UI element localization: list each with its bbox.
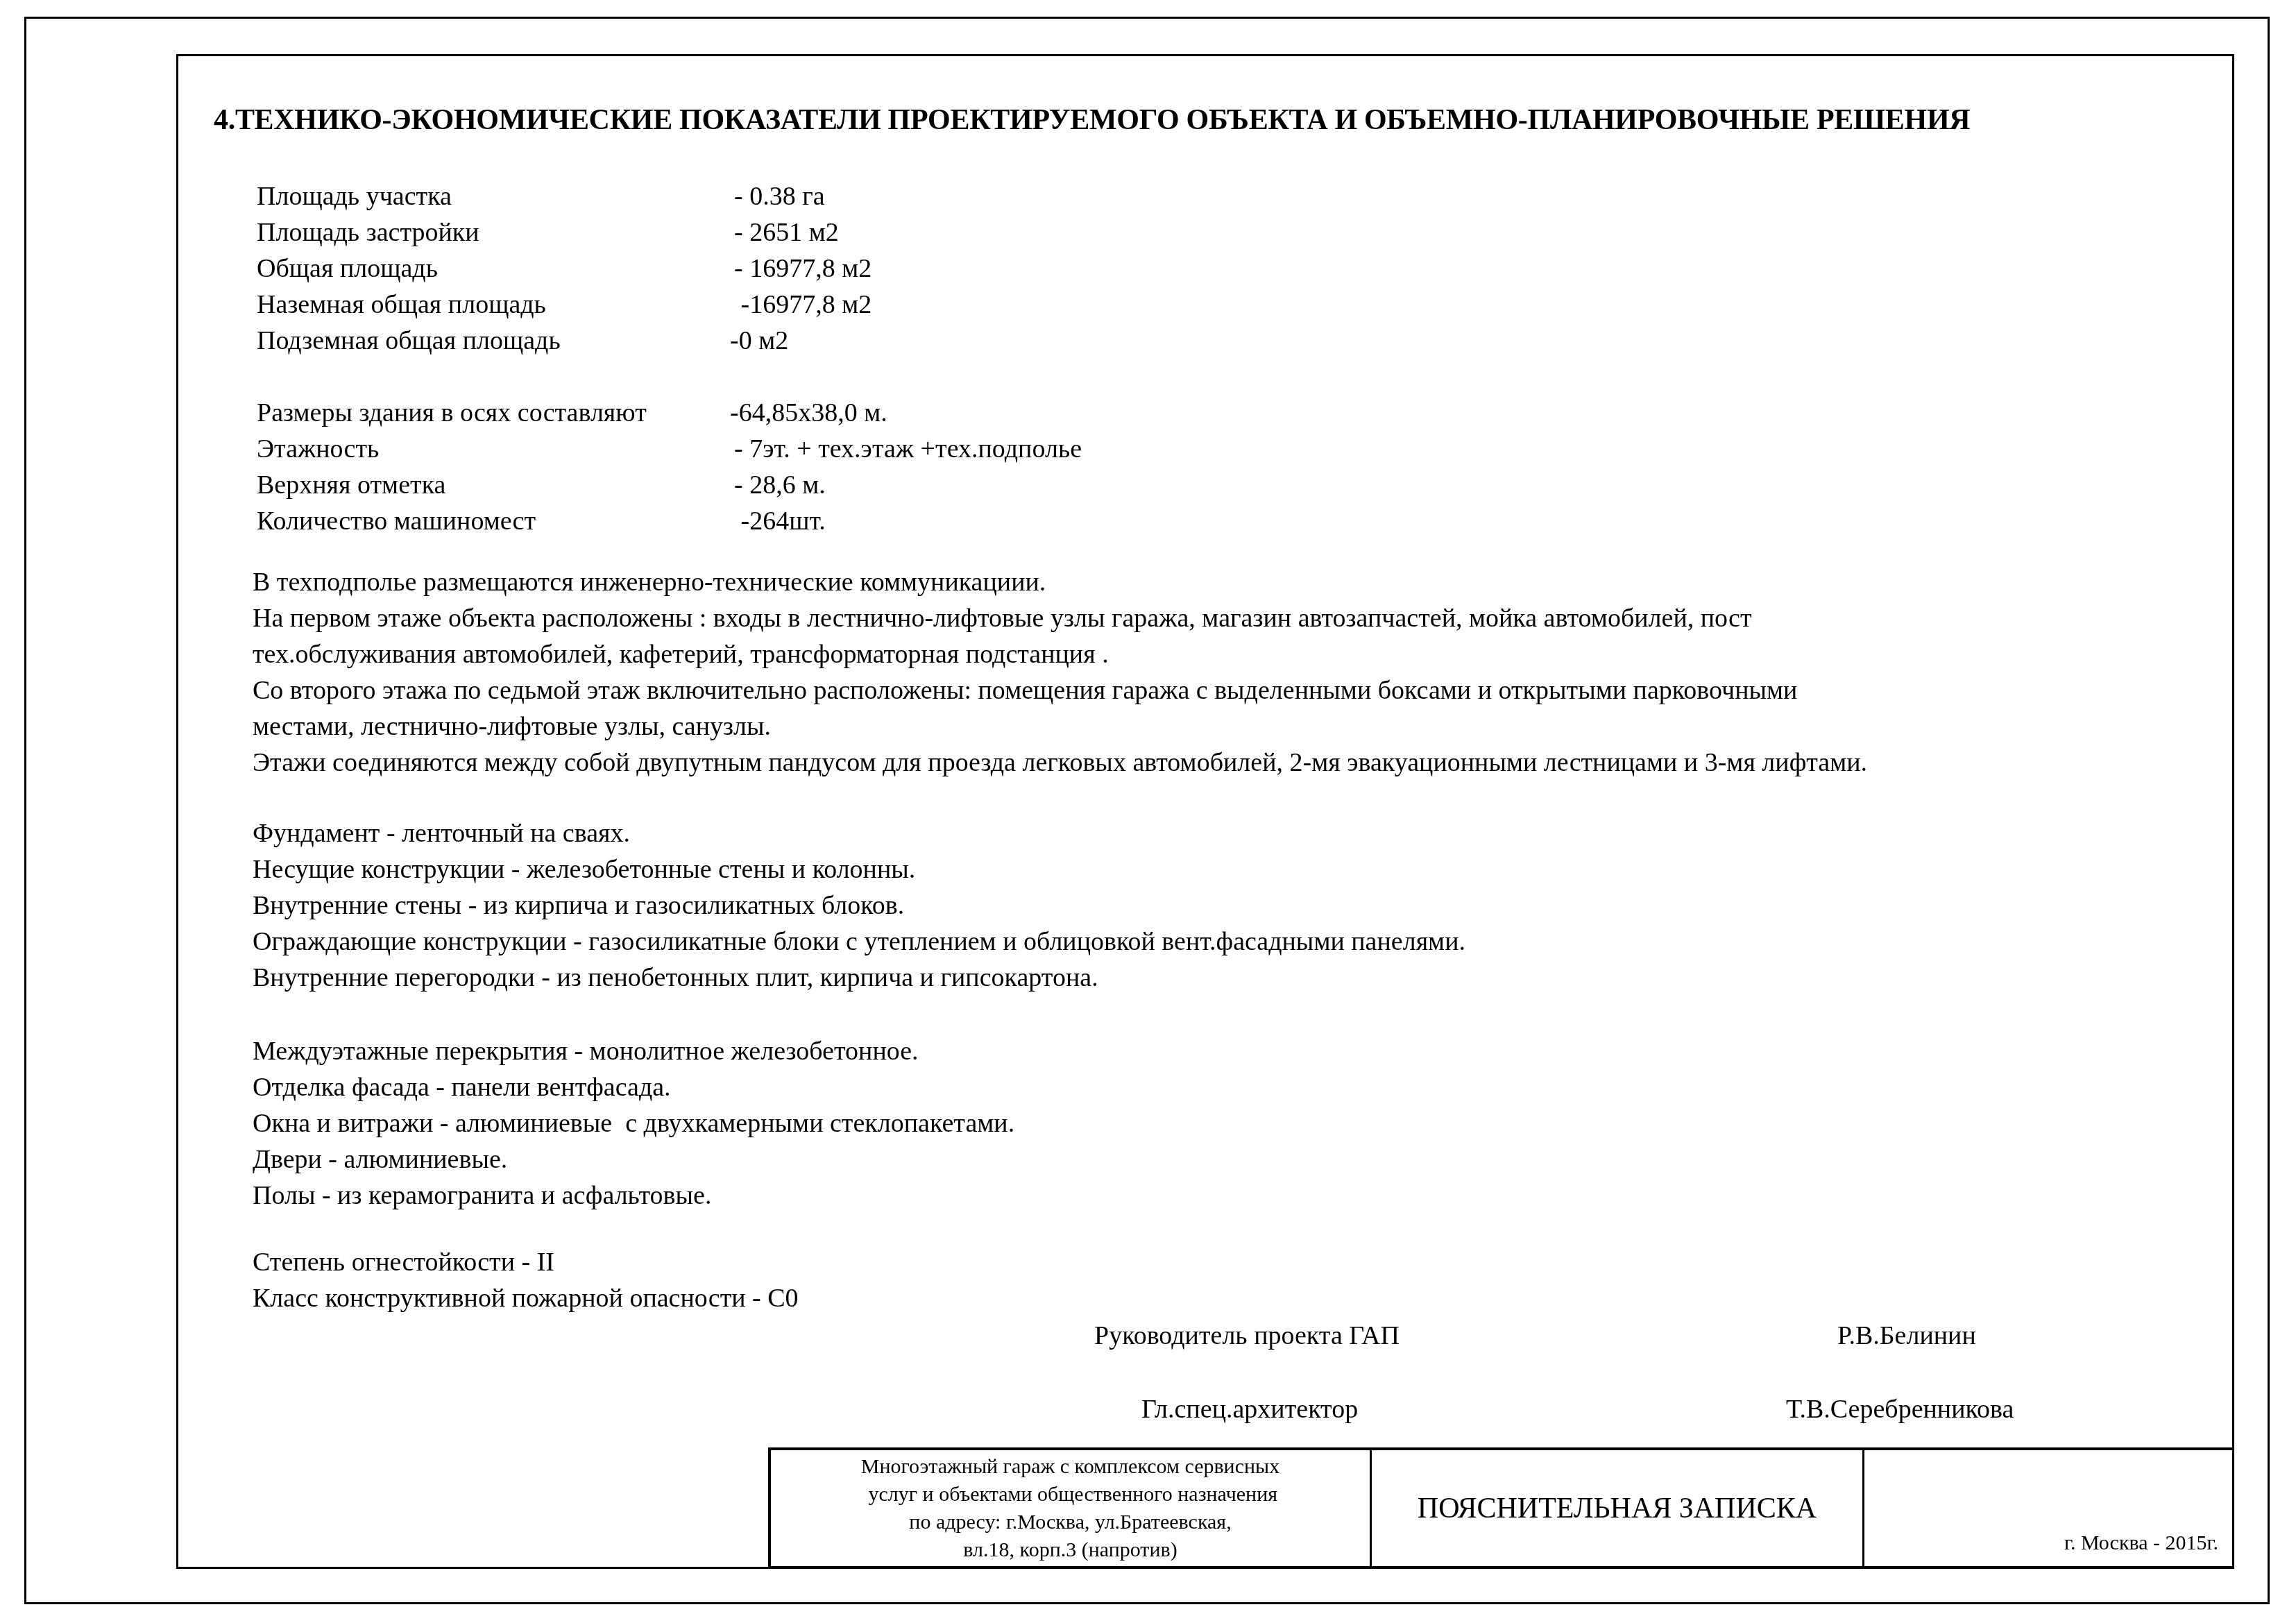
area-label: Общая площадь [257,255,438,282]
signature-role: Руководитель проекта ГАП [1094,1323,1400,1349]
finish-line: Междуэтажные перекрытия - монолитное жел… [253,1038,919,1064]
signature-name: Р.В.Белинин [1837,1323,1976,1349]
structure-line: Несущие конструкции - железобетонные сте… [253,856,915,883]
area-value: - 16977,8 м2 [734,255,871,282]
building-value: - 7эт. + тех.этаж +тех.подполье [734,436,1082,462]
building-value: - 28,6 м. [734,472,826,498]
area-value: - 2651 м2 [734,219,839,246]
title-block-document-name: ПОЯСНИТЕЛЬНАЯ ЗАПИСКА [1372,1450,1864,1566]
city-year: г. Москва - 2015г. [2064,1531,2218,1555]
layout-line: На первом этаже объекта расположены : вх… [253,605,1752,631]
project-description-line: вл.18, корп.3 (напротив) [963,1536,1177,1564]
project-description-line: услуг и объектами общественного назначен… [863,1481,1277,1509]
building-label: Количество машиномест [257,508,536,534]
building-label: Этажность [257,436,379,462]
layout-line: Этажи соединяются между собой двупутным … [253,749,1867,776]
signature-name: Т.В.Серебренникова [1786,1396,2014,1422]
structure-line: Внутренние перегородки - из пенобетонных… [253,965,1098,991]
title-block-city-year: г. Москва - 2015г. [1864,1450,2232,1566]
finish-line: Полы - из керамогранита и асфальтовые. [253,1182,711,1209]
area-label: Площадь участка [257,183,452,210]
layout-line: местами, лестнично-лифтовые узлы, санузл… [253,713,771,740]
area-value: - 0.38 га [734,183,825,210]
area-label: Подземная общая площадь [257,328,561,354]
area-label: Площадь застройки [257,219,479,246]
dimensions-value: -64,85x38,0 м. [730,400,887,426]
structure-line: Ограждающие конструкции - газосиликатные… [253,928,1465,955]
finish-line: Двери - алюминиевые. [253,1146,507,1173]
layout-line: В техподполье размещаются инженерно-техн… [253,569,1046,595]
structure-line: Фундамент - ленточный на сваях. [253,820,630,847]
area-label: Наземная общая площадь [257,291,546,318]
document-name: ПОЯСНИТЕЛЬНАЯ ЗАПИСКА [1418,1492,1817,1525]
structure-line: Внутренние стены - из кирпича и газосили… [253,892,904,919]
area-value: -0 м2 [730,328,788,354]
fire-resistance: Степень огнестойкости - II [253,1249,554,1275]
dimensions-label: Размеры здания в осях составляют [257,400,647,426]
finish-line: Отделка фасада - панели вентфасада. [253,1074,671,1101]
layout-line: тех.обслуживания автомобилей, кафетерий,… [253,641,1109,668]
fire-hazard-class: Класс конструктивной пожарной опасности … [253,1285,799,1311]
building-label: Верхняя отметка [257,472,445,498]
title-block-project-description: Многоэтажный гараж с комплексом сервисны… [771,1450,1372,1566]
layout-line: Со второго этажа по седьмой этаж включит… [253,677,1797,704]
signature-role: Гл.спец.архитектор [1141,1396,1358,1422]
project-description-line: Многоэтажный гараж с комплексом сервисны… [861,1453,1279,1481]
title-block: Многоэтажный гараж с комплексом сервисны… [768,1447,2234,1569]
building-value: -264шт. [734,508,826,534]
section-title: 4.ТЕХНИКО-ЭКОНОМИЧЕСКИЕ ПОКАЗАТЕЛИ ПРОЕК… [214,105,1970,135]
project-description-line: по адресу: г.Москва, ул.Братеевская, [909,1509,1231,1536]
finish-line: Окна и витражи - алюминиевые с двухкамер… [253,1110,1014,1137]
area-value: -16977,8 м2 [734,291,871,318]
